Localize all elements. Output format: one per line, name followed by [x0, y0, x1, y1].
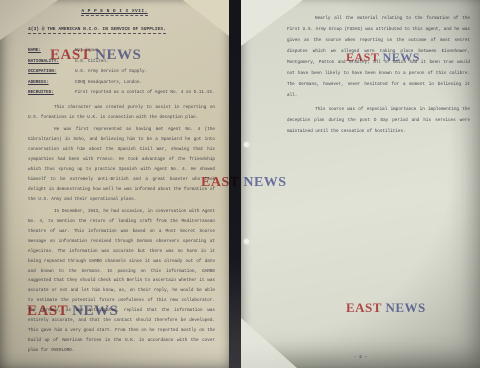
watermark-news-text: NEWS: [95, 47, 141, 63]
watermark-news-text: NEWS: [385, 300, 425, 315]
east-news-watermark: EAST NEWS: [27, 303, 118, 320]
field-row-recruited: RECRUITED: First reported as a contact o…: [28, 90, 217, 101]
east-news-watermark: EAST NEWS: [346, 300, 426, 316]
field-row-address: ADDRESS: COHQ Headquarters, London.: [28, 80, 217, 91]
appendix-title: A P P E N D I X XVII.: [0, 9, 229, 16]
field-value-address: COHQ Headquarters, London.: [75, 80, 217, 85]
punch-hole: [244, 142, 249, 147]
watermark-news-text: NEWS: [243, 175, 286, 190]
east-news-watermark: EAST NEWS: [201, 175, 287, 191]
field-label-address: ADDRESS:: [28, 80, 75, 85]
punch-hole: [244, 239, 249, 244]
section-heading: 4(3) @ THE AMERICAN N.C.O. IN SERVICE OF…: [28, 27, 217, 34]
document-photo: A P P E N D I X XVII. 4(3) @ THE AMERICA…: [0, 0, 480, 368]
paragraph: This source was of especial importance i…: [287, 104, 470, 137]
east-news-watermark: EAST NEWS: [346, 50, 420, 65]
field-value-recruited: First reported as a contact of Agent No.…: [75, 90, 217, 95]
watermark-east-text: EAST: [346, 50, 379, 64]
page-number: - 2 -: [241, 355, 480, 360]
east-news-watermark: EAST NEWS: [50, 47, 141, 64]
page-right-body: Nearly all the material relating to the …: [287, 13, 470, 140]
watermark-east-text: EAST: [201, 175, 239, 190]
watermark-east-text: EAST: [27, 303, 68, 319]
field-value-occupation: U.S. Army Service of Supply.: [75, 69, 217, 74]
paragraph: He was first represented as having met A…: [28, 125, 215, 204]
watermark-news-text: NEWS: [72, 303, 118, 319]
field-row-occupation: OCCUPATION: U.S. Army Service of Supply.: [28, 69, 217, 80]
backing-corner-bottom-left: [241, 318, 297, 368]
paragraph: This character was created purely to ass…: [28, 103, 215, 123]
watermark-east-text: EAST: [50, 47, 91, 63]
watermark-news-text: NEWS: [383, 50, 420, 64]
watermark-east-text: EAST: [346, 300, 382, 315]
field-label-occupation: OCCUPATION:: [28, 69, 75, 74]
paragraph: In December, 1943, he had occasion, in c…: [28, 207, 215, 356]
backing-corner-top-left: [0, 0, 58, 40]
appendix-title-text: A P P E N D I X XVII.: [81, 9, 147, 16]
field-label-recruited: RECRUITED:: [28, 90, 75, 95]
section-heading-text: 4(3) @ THE AMERICAN N.C.O. IN SERVICE OF…: [28, 27, 166, 34]
